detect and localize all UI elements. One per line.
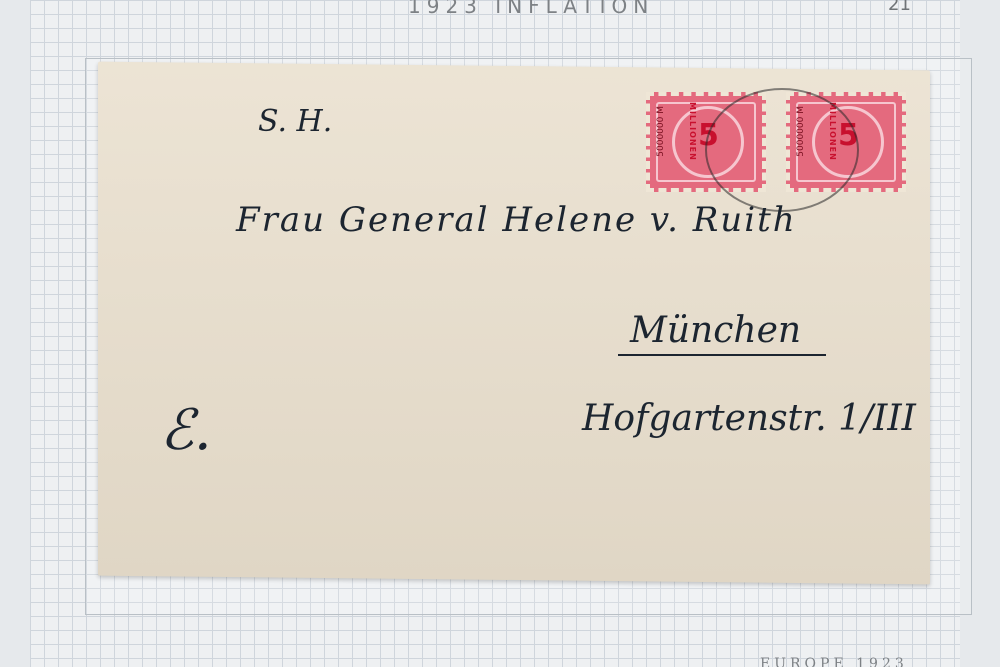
city-underline <box>618 354 826 356</box>
stamp-value: 5000000 M <box>656 106 666 157</box>
postmark <box>705 88 859 212</box>
handwriting-city: München <box>630 310 801 351</box>
handwriting-recipient: Frau General Helene v. Ruith <box>236 200 797 240</box>
handwriting-salutation: S. H. <box>258 104 332 139</box>
page-header-text: 1923 INFLATION <box>408 0 654 18</box>
page-number: 21 <box>888 0 911 15</box>
page-footer-text: EUROPE 1923 <box>760 656 908 667</box>
handwriting-street: Hofgartenstr. 1/III <box>582 398 916 439</box>
handwriting-mark: ℰ. <box>160 398 212 463</box>
stamp-word: MILLIONEN <box>688 102 697 161</box>
